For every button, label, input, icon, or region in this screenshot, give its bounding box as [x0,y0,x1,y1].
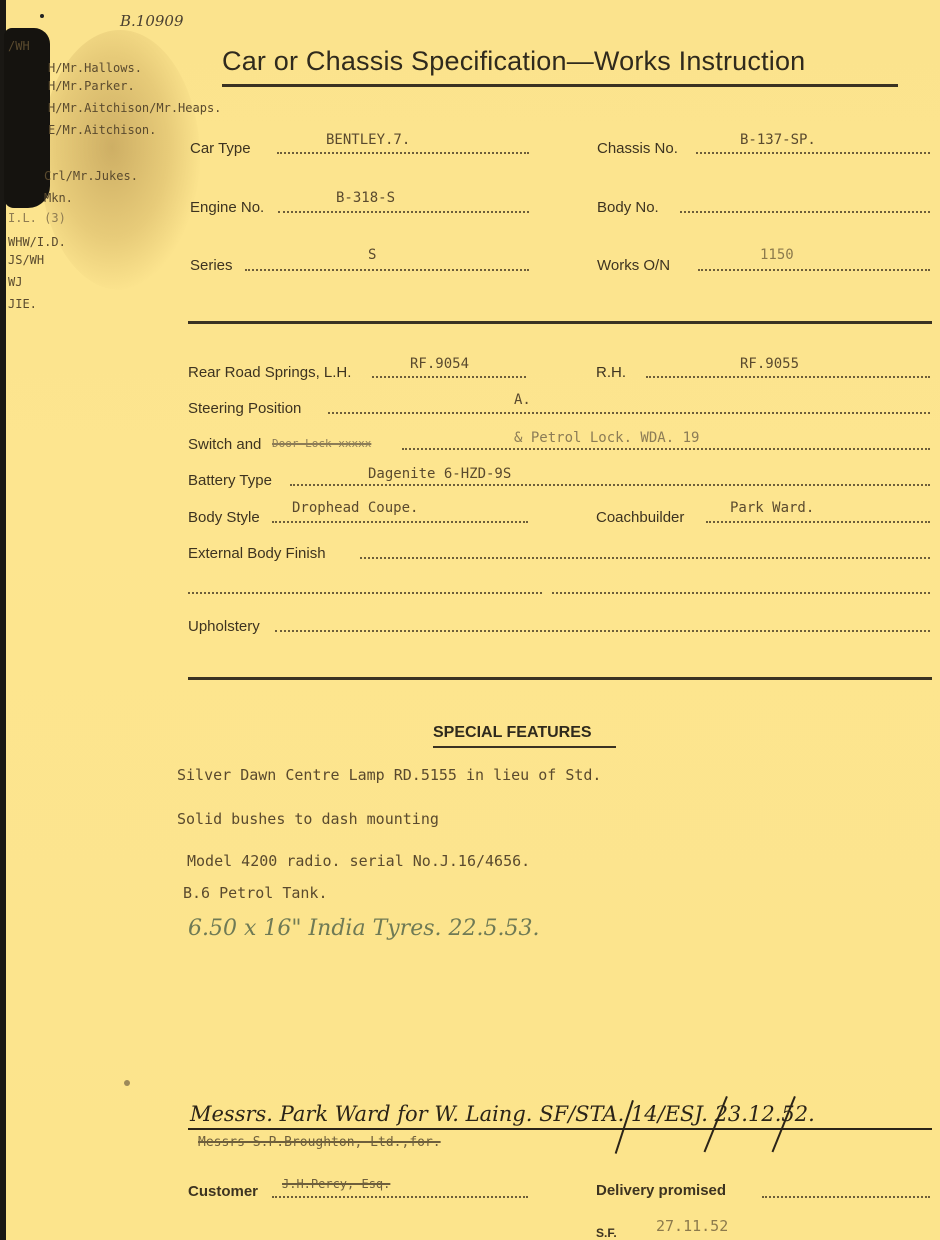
distribution-item: JIE. [8,296,37,313]
rear-springs-rh-label: R.H. [596,364,626,381]
distribution-item: /WH [8,38,30,55]
struck-customer-line: Messrs S.P.Broughton, Ltd.,for. [198,1135,441,1150]
distribution-item: Crl/Mr.Jukes. [44,168,138,185]
engine-no-line [278,211,529,213]
engine-no-label: Engine No. [190,199,264,216]
distribution-item: JS/WH [8,252,44,269]
body-style-line [272,521,528,523]
reference-number: B.10909 [120,12,184,30]
page-title: Car or Chassis Specification—Works Instr… [222,46,805,77]
works-on-line [698,269,930,271]
external-body-finish-line [360,557,930,559]
section-divider [188,321,932,324]
distribution-item: H/Mr.Aitchison/Mr.Heaps. [48,100,221,117]
chassis-no-label: Chassis No. [597,140,678,157]
special-features-underline [433,746,616,748]
rear-springs-lh-label: Rear Road Springs, L.H. [188,364,351,381]
customer-struck-value: J.H.Percy, Esq. [282,1177,390,1191]
external-body-finish-line-2a [188,592,542,594]
switch-and-label: Switch and [188,436,261,453]
steering-position-line [328,412,930,414]
series-value: S [368,247,376,263]
coachbuilder-value: Park Ward. [730,500,814,516]
battery-type-label: Battery Type [188,472,272,489]
special-feature-item: Model 4200 radio. serial No.J.16/4656. [187,852,530,870]
customer-line [272,1196,528,1198]
rear-springs-rh-value: RF.9055 [740,356,799,372]
switch-and-line [402,448,930,450]
punch-dot [124,1080,130,1086]
works-on-label: Works O/N [597,257,670,274]
battery-type-line [290,484,930,486]
chassis-no-value: B-137-SP. [740,132,816,148]
coachbuilder-line [706,521,930,523]
series-label: Series [190,257,233,274]
special-feature-item: Solid bushes to dash mounting [177,810,439,828]
rear-springs-lh-value: RF.9054 [410,356,469,372]
initials: S.F. [596,1226,617,1240]
upholstery-line [275,630,930,632]
distribution-item: H/Mr.Hallows. [48,60,142,77]
distribution-item: E/Mr.Aitchison. [48,122,156,139]
delivery-promised-label: Delivery promised [596,1182,726,1199]
car-type-label: Car Type [190,140,251,157]
special-feature-item: B.6 Petrol Tank. [183,884,328,902]
body-no-line [680,211,930,213]
battery-type-value: Dagenite 6-HZD-9S [368,466,511,482]
coachbuilder-label: Coachbuilder [596,509,684,526]
body-style-value: Drophead Coupe. [292,500,418,516]
distribution-item: WHW/I.D. [8,234,66,251]
works-on-value: 1150 [760,247,794,263]
handwritten-tyres-note: 6.50 x 16" India Tyres. 22.5.53. [188,916,539,941]
car-type-line [277,152,529,154]
date-stamp: 27.11.52 [656,1217,728,1235]
special-features-title: SPECIAL FEATURES [433,724,592,742]
section-divider [188,677,932,680]
body-style-label: Body Style [188,509,260,526]
customer-label: Customer [188,1183,258,1200]
signature-underline [188,1128,932,1130]
title-underline [222,84,898,87]
distribution-item: H/Mr.Parker. [48,78,135,95]
switch-struck-text: Door Lock xxxxx [272,437,371,450]
engine-no-value: B-318-S [336,190,395,206]
switch-and-value: & Petrol Lock. WDA. 19 [514,430,699,446]
external-body-finish-line-2b [552,592,930,594]
car-type-value: BENTLEY.7. [326,132,410,148]
chassis-no-line [696,152,930,154]
distribution-item: I.L. (3) [8,210,66,227]
rear-springs-rh-line [646,376,930,378]
rear-springs-lh-line [372,376,526,378]
delivery-promised-line [762,1196,930,1198]
punch-dot [40,14,44,18]
steering-position-label: Steering Position [188,400,301,417]
series-line [245,269,529,271]
distribution-item: WJ [8,274,22,291]
body-no-label: Body No. [597,199,659,216]
steering-position-value: A. [514,392,531,408]
upholstery-label: Upholstery [188,618,260,635]
external-body-finish-label: External Body Finish [188,545,326,562]
distribution-item: Mkn. [44,190,73,207]
special-feature-item: Silver Dawn Centre Lamp RD.5155 in lieu … [177,766,601,784]
